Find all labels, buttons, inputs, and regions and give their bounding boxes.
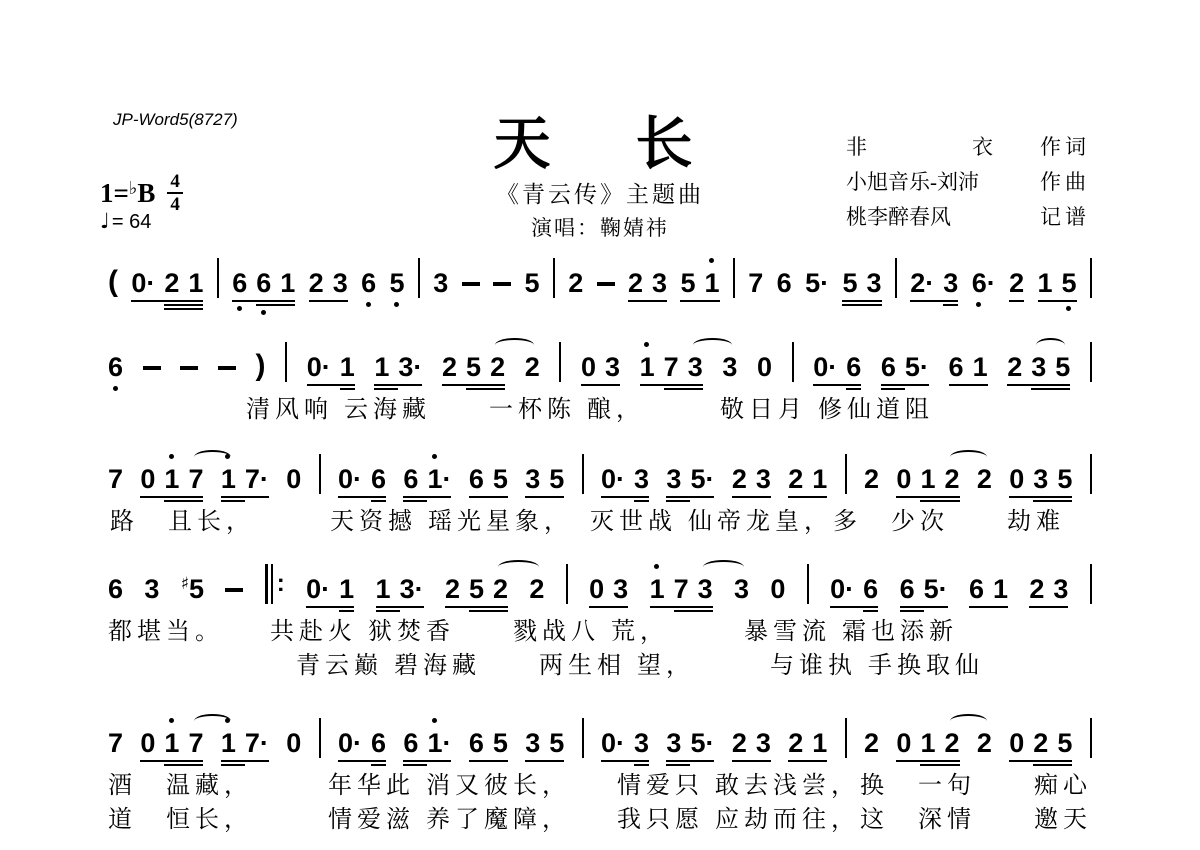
tie-arc xyxy=(950,450,987,464)
beam-line xyxy=(1009,300,1024,302)
note: 5 xyxy=(842,268,857,298)
beam-line xyxy=(1007,384,1070,386)
beam-group: 13· xyxy=(374,352,422,382)
beam-group: 0·21 xyxy=(131,268,203,298)
bar-line xyxy=(553,258,555,298)
tie-arc xyxy=(1036,338,1065,352)
note: 7 xyxy=(188,728,203,758)
beam-subgroup: 6 xyxy=(371,728,386,758)
beam-line xyxy=(1038,300,1077,302)
note: 3 xyxy=(867,268,882,298)
beam-group: 012 xyxy=(896,464,959,494)
note: 3 xyxy=(756,464,771,494)
note: 5 xyxy=(1055,352,1070,382)
beam-group: 0·6 xyxy=(830,574,878,604)
bar-line xyxy=(807,564,809,604)
bar-line xyxy=(845,718,847,758)
beam-line xyxy=(221,764,245,766)
note: 1 xyxy=(376,574,391,604)
beam-subgroup: 53 xyxy=(842,268,881,298)
beam-line xyxy=(525,760,564,762)
note: 1 xyxy=(280,268,295,298)
note: 0 xyxy=(140,464,155,494)
note: 6 xyxy=(881,352,896,382)
beam-line xyxy=(900,610,924,612)
note: 6 xyxy=(469,464,484,494)
beam-line xyxy=(256,304,295,306)
note: 0· xyxy=(601,464,625,494)
beam-line xyxy=(634,500,649,502)
octave-dot-below xyxy=(394,302,399,307)
note: 1 xyxy=(812,728,827,758)
tie-arc xyxy=(194,450,231,464)
beam-line xyxy=(1031,388,1070,390)
beam-group: 0·6 xyxy=(338,728,386,758)
tie-arc xyxy=(950,714,987,728)
note: 5 xyxy=(1057,464,1072,494)
dash-prolongation xyxy=(180,366,198,370)
note: 0 xyxy=(1009,728,1024,758)
note: 2 xyxy=(944,728,959,758)
beam-line xyxy=(469,496,508,498)
beam-group: 173 xyxy=(640,352,703,382)
note: 2 xyxy=(309,268,324,298)
beam-group: 35 xyxy=(525,464,564,494)
note: 7 xyxy=(664,352,679,382)
beam-group: 0·6 xyxy=(813,352,861,382)
beam-line xyxy=(943,304,958,306)
note: 0 xyxy=(589,574,604,604)
beam-line xyxy=(469,610,508,612)
repeat-bar xyxy=(271,564,273,604)
beam-group: 61· xyxy=(403,464,451,494)
beam-subgroup: 1 xyxy=(340,352,355,382)
note: 0 xyxy=(896,728,911,758)
beam-line xyxy=(164,764,203,766)
octave-dot-below xyxy=(366,302,371,307)
note: 0· xyxy=(306,574,330,604)
note: 2 xyxy=(493,574,508,604)
note: 7 xyxy=(188,464,203,494)
beam-line xyxy=(881,388,905,390)
beam-group: 252 xyxy=(442,352,505,382)
beam-subgroup: 12 xyxy=(920,464,959,494)
note: 5 xyxy=(549,728,564,758)
note: 3 xyxy=(634,464,649,494)
sharp-icon: ♯ xyxy=(181,574,189,594)
note: 2· xyxy=(910,268,934,298)
bar-line xyxy=(582,718,584,758)
beam-line xyxy=(338,496,386,498)
note: 3 xyxy=(605,352,620,382)
beam-group: 025 xyxy=(1009,728,1072,758)
note: 7 xyxy=(108,464,123,494)
beam-line xyxy=(164,308,203,310)
beam-line xyxy=(442,384,505,386)
beam-line xyxy=(666,500,690,502)
note: 2 xyxy=(1007,352,1022,382)
note: 2 xyxy=(864,464,879,494)
note: 0· xyxy=(307,352,331,382)
beam-line xyxy=(896,760,959,762)
dash-prolongation xyxy=(493,282,511,286)
beam-subgroup: 73 xyxy=(664,352,703,382)
beam-subgroup: 6 xyxy=(403,728,427,758)
beam-line xyxy=(881,384,929,386)
beam-line xyxy=(306,606,354,608)
note: 3 xyxy=(525,464,540,494)
note: 2 xyxy=(445,574,460,604)
bar-line xyxy=(582,454,584,494)
lyrics-row: 酒 温藏， 年华此 消又彼长， 情爱只 敢去浅尝，换 一句 痴心 xyxy=(108,770,1092,802)
octave-dot-below xyxy=(261,310,266,315)
beam-line xyxy=(525,496,564,498)
beam-line xyxy=(910,300,958,302)
note: 1 xyxy=(704,268,719,298)
beam-subgroup: 6 xyxy=(403,464,427,494)
note: 2 xyxy=(732,464,747,494)
beam-subgroup: 1 xyxy=(374,352,398,382)
note: 2 xyxy=(525,352,540,382)
bar-line xyxy=(1090,342,1092,382)
beam-line xyxy=(376,606,424,608)
beam-group: 65· xyxy=(881,352,929,382)
beam-group: 65 xyxy=(469,728,508,758)
note: 6 xyxy=(949,352,964,382)
beam-group: 173 xyxy=(650,574,713,604)
tie-arc xyxy=(703,560,744,574)
note: 5 xyxy=(524,268,539,298)
bar-line xyxy=(1090,258,1092,298)
tie-arc xyxy=(495,338,534,352)
dash-prolongation xyxy=(218,366,236,370)
note: 1 xyxy=(920,728,935,758)
note: 0 xyxy=(770,574,785,604)
beam-group: 13· xyxy=(376,574,424,604)
beam-line xyxy=(140,760,203,762)
beam-subgroup: 73 xyxy=(674,574,713,604)
note: 1 xyxy=(640,352,655,382)
octave-dot-below xyxy=(237,306,242,311)
beam-line xyxy=(788,760,827,762)
beam-subgroup: 3 xyxy=(943,268,958,298)
beam-line xyxy=(374,388,398,390)
beam-group: 17· xyxy=(221,728,269,758)
beam-subgroup: 3 xyxy=(634,728,649,758)
note: 2 xyxy=(1009,268,1024,298)
beam-line xyxy=(309,300,348,302)
bar-line xyxy=(1090,718,1092,758)
note: 6 xyxy=(403,728,418,758)
notation-row: (0·2166123653522351765·532·36·215 xyxy=(108,254,1092,298)
beam-subgroup: 6 xyxy=(881,352,905,382)
beam-line xyxy=(445,606,508,608)
beam-subgroup: 52 xyxy=(466,352,505,382)
note: 0 xyxy=(286,464,301,494)
note: 0· xyxy=(813,352,837,382)
beam-line xyxy=(830,606,878,608)
beam-line xyxy=(666,764,690,766)
octave-dot-below xyxy=(113,386,118,391)
beam-line xyxy=(1033,764,1072,766)
beam-line xyxy=(732,496,771,498)
beam-subgroup: 3 xyxy=(634,464,649,494)
note: 3 xyxy=(1031,352,1046,382)
beam-line xyxy=(680,300,719,302)
beam-line xyxy=(371,500,386,502)
beam-line xyxy=(1033,500,1072,502)
note: 1 xyxy=(920,464,935,494)
beam-line xyxy=(846,388,861,390)
beam-line xyxy=(221,500,245,502)
beam-line xyxy=(601,760,649,762)
lyrics-row: 道 恒长， 情爱滋 养了魔障， 我只愿 应劫而往，这 深情 邀天 xyxy=(108,804,1092,836)
beam-subgroup: 35 xyxy=(1031,352,1070,382)
note: 6 xyxy=(256,268,271,298)
beam-group: 23 xyxy=(309,268,348,298)
beam-group: 23 xyxy=(628,268,667,298)
note: 7 xyxy=(674,574,689,604)
score: (0·2166123653522351765·532·36·2156)0·113… xyxy=(0,0,1200,850)
beam-line xyxy=(842,304,881,306)
note: 3 xyxy=(1033,464,1048,494)
beam-line xyxy=(664,388,703,390)
lyrics-row: 路 且长， 天资撼 瑶光星象， 灭世战 仙帝龙皇，多 少次 劫难 xyxy=(108,506,1092,538)
note: 3 xyxy=(734,574,749,604)
repeat-bar xyxy=(265,564,268,604)
note: 3 xyxy=(1053,574,1068,604)
dash-prolongation xyxy=(597,282,615,286)
beam-subgroup: 61 xyxy=(256,268,295,298)
octave-dot-below xyxy=(1066,306,1071,311)
note: 1 xyxy=(221,464,236,494)
note: ♯5 xyxy=(181,569,204,604)
note: 7 xyxy=(748,268,763,298)
note: 0 xyxy=(140,728,155,758)
note: 6 xyxy=(863,574,878,604)
note: 7· xyxy=(245,728,269,758)
beam-group: 03 xyxy=(581,352,620,382)
note: 0· xyxy=(601,728,625,758)
beam-line xyxy=(164,500,203,502)
note: 3 xyxy=(666,728,681,758)
beam-subgroup: 17 xyxy=(164,728,203,758)
tie-arc xyxy=(693,338,732,352)
music-line: 63♯5:0·113·252203173300·665·6123都堪当。 共赴火… xyxy=(108,560,1092,682)
note: 6 xyxy=(777,268,792,298)
tie-arc xyxy=(194,714,231,728)
bar-line xyxy=(217,258,219,298)
beam-line xyxy=(920,500,959,502)
music-line: 701717·00·661·65350·335·232120122025酒 温藏… xyxy=(108,714,1092,836)
note: 6 xyxy=(108,574,123,604)
note: 1 xyxy=(340,352,355,382)
beam-line xyxy=(634,764,649,766)
note: 6 xyxy=(900,574,915,604)
beam-line xyxy=(969,606,1008,608)
beam-group: 017 xyxy=(140,728,203,758)
beam-line xyxy=(221,760,269,762)
note: 0 xyxy=(757,352,772,382)
beam-subgroup: 35 xyxy=(1033,464,1072,494)
octave-dot-above xyxy=(644,342,649,347)
beam-group: 017 xyxy=(140,464,203,494)
beam-group: 21 xyxy=(788,464,827,494)
note: 6 xyxy=(371,728,386,758)
beam-subgroup: 21 xyxy=(164,268,203,298)
note: 6 xyxy=(108,352,123,382)
note: 5· xyxy=(690,464,714,494)
note: 2 xyxy=(568,268,583,298)
beam-line xyxy=(1009,760,1072,762)
beam-subgroup: 1 xyxy=(339,574,354,604)
note: 0· xyxy=(830,574,854,604)
beam-line xyxy=(371,764,386,766)
note: 3 xyxy=(688,352,703,382)
beam-group: 21 xyxy=(788,728,827,758)
note: 3 xyxy=(722,352,737,382)
note: 1· xyxy=(427,464,451,494)
lyrics-row: 清风响 云海藏 一杯陈 酿， 敬日月 修仙道阻 xyxy=(108,394,1092,426)
note: 2 xyxy=(944,464,959,494)
note: 6 xyxy=(969,574,984,604)
note: 1 xyxy=(339,574,354,604)
notation-row: 63♯5:0·113·252203173300·665·6123 xyxy=(108,560,1092,604)
repeat-dots: : xyxy=(277,566,285,602)
note: 2 xyxy=(732,728,747,758)
beam-line xyxy=(403,764,427,766)
beam-line xyxy=(920,764,959,766)
paren: ( xyxy=(108,265,118,298)
octave-dot-above xyxy=(432,718,437,723)
beam-line xyxy=(339,610,354,612)
note: 5 xyxy=(493,728,508,758)
note: 5· xyxy=(690,728,714,758)
beam-line xyxy=(307,384,355,386)
octave-dot-above xyxy=(654,564,659,569)
music-line: 6)0·113·252203173300·665·61235清风响 云海藏 一杯… xyxy=(108,338,1092,426)
note: 3 xyxy=(333,268,348,298)
note: 5 xyxy=(1057,728,1072,758)
repeat-begin-sign: : xyxy=(265,564,285,604)
beam-line xyxy=(732,760,771,762)
beam-line xyxy=(674,610,713,612)
beam-line xyxy=(403,496,451,498)
note: 3 xyxy=(433,268,448,298)
beam-group: 661 xyxy=(232,268,295,298)
note: 7 xyxy=(108,728,123,758)
note: 5 xyxy=(549,464,564,494)
notation-row: 701717·00·661·65350·335·232120122035 xyxy=(108,450,1092,494)
octave-dot-above xyxy=(169,454,174,459)
beam-line xyxy=(900,606,948,608)
note: 1 xyxy=(188,268,203,298)
beam-line xyxy=(131,300,203,302)
beam-line xyxy=(666,760,714,762)
note: 5 xyxy=(493,464,508,494)
note: 1 xyxy=(221,728,236,758)
note: 2 xyxy=(1033,728,1048,758)
note: 1 xyxy=(650,574,665,604)
bar-line xyxy=(733,258,735,298)
beam-group: 65· xyxy=(900,574,948,604)
note: 0· xyxy=(131,268,155,298)
note: 5 xyxy=(1062,268,1077,298)
beam-subgroup: 6 xyxy=(371,464,386,494)
notation-row: 6)0·113·252203173300·665·61235 xyxy=(108,338,1092,382)
beam-group: 23 xyxy=(1029,574,1068,604)
note: 3· xyxy=(400,574,424,604)
note: 3 xyxy=(144,574,159,604)
sheet-music-page: JP-Word5(8727) 天 长 《青云传》主题曲 演唱：鞠婧祎 1=♭B … xyxy=(0,0,1200,850)
note: 5· xyxy=(805,268,829,298)
beam-subgroup: 17 xyxy=(164,464,203,494)
bar-line xyxy=(418,258,420,298)
paren: ) xyxy=(255,349,265,382)
beam-subgroup: 1 xyxy=(221,464,245,494)
note: 0 xyxy=(1009,464,1024,494)
notation-row: 701717·00·661·65350·335·232120122025 xyxy=(108,714,1092,758)
tie-arc xyxy=(498,560,539,574)
note: 6 xyxy=(846,352,861,382)
note: 1 xyxy=(1038,268,1053,298)
note: 3 xyxy=(613,574,628,604)
beam-group: 35· xyxy=(666,728,714,758)
beam-line xyxy=(601,496,649,498)
beam-group: 61· xyxy=(403,728,451,758)
bar-line xyxy=(845,454,847,494)
note: 1 xyxy=(164,464,179,494)
beam-group: 0·1 xyxy=(307,352,355,382)
note: 5 xyxy=(469,574,484,604)
note: 1 xyxy=(812,464,827,494)
lyrics-row: 都堪当。 共赴火 狱焚香 戮战八 荒， 暴雪流 霜也添新 xyxy=(108,616,1092,648)
music-line: (0·2166123653522351765·532·36·215 xyxy=(108,254,1092,298)
beam-group: 235 xyxy=(1007,352,1070,382)
note: 3 xyxy=(698,574,713,604)
note: 2 xyxy=(164,268,179,298)
beam-group: 65 xyxy=(469,464,508,494)
beam-group: 53 xyxy=(842,268,881,298)
note: 1 xyxy=(374,352,389,382)
beam-subgroup: 3 xyxy=(666,464,690,494)
beam-line xyxy=(666,496,714,498)
note: 2 xyxy=(977,464,992,494)
note: 3 xyxy=(525,728,540,758)
beam-subgroup: 52 xyxy=(469,574,508,604)
beam-line xyxy=(842,300,881,302)
beam-line xyxy=(650,606,713,608)
beam-subgroup: 25 xyxy=(1033,728,1072,758)
beam-subgroup: 12 xyxy=(920,728,959,758)
beam-line xyxy=(896,496,959,498)
beam-group: 2 xyxy=(1009,268,1024,298)
beam-group: 012 xyxy=(896,728,959,758)
note: 0· xyxy=(338,728,362,758)
beam-line xyxy=(581,384,620,386)
beam-subgroup: 1 xyxy=(221,728,245,758)
note: 3· xyxy=(398,352,422,382)
beam-line xyxy=(813,384,861,386)
bar-line xyxy=(1090,454,1092,494)
beam-group: 23 xyxy=(732,728,771,758)
beam-line xyxy=(1029,606,1068,608)
dash-prolongation xyxy=(462,282,480,286)
beam-subgroup: 1 xyxy=(376,574,400,604)
beam-line xyxy=(232,300,295,302)
note: 0 xyxy=(581,352,596,382)
beam-line xyxy=(788,496,827,498)
